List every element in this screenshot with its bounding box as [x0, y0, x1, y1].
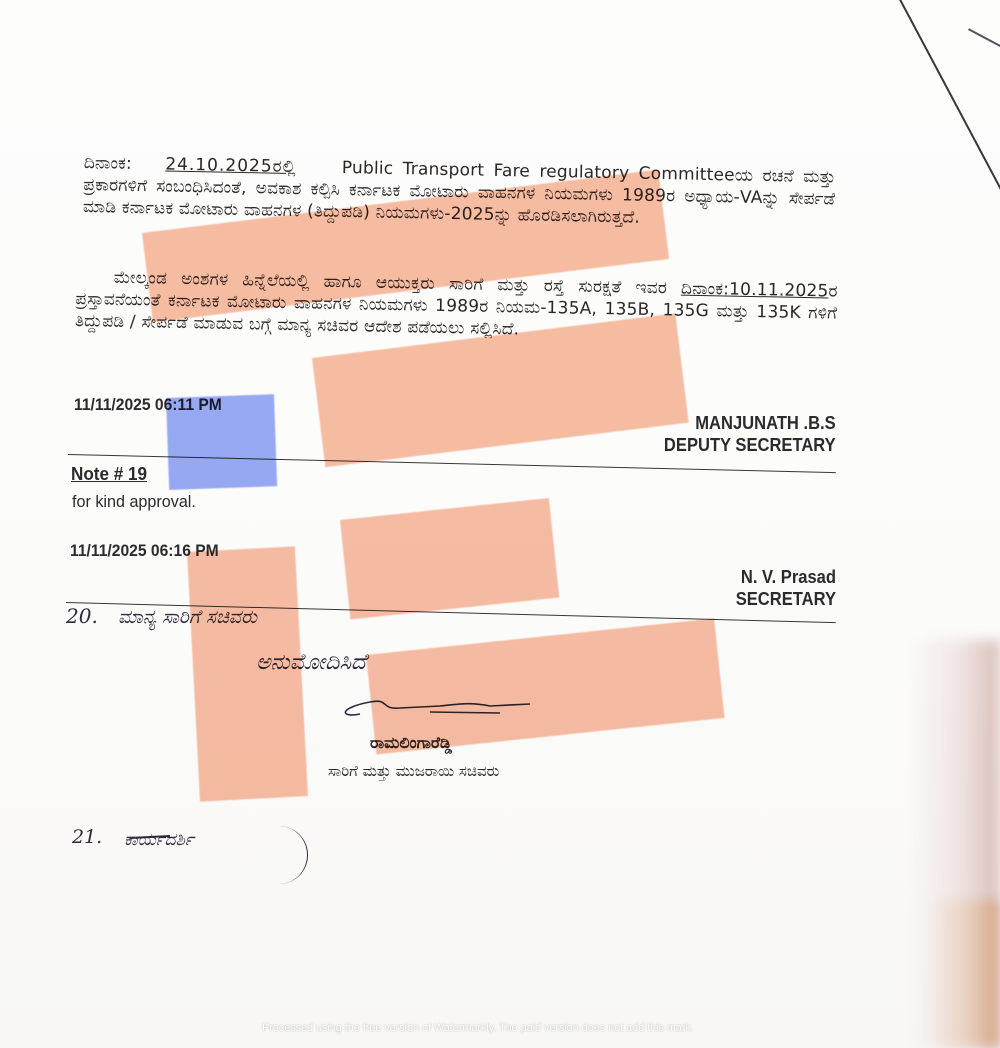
page-fold-line-small — [968, 29, 1000, 51]
note-body: for kind approval. — [72, 492, 196, 512]
handwritten-addressee-secretary: ಕಾರ್ಯದರ್ಶಿ — [124, 830, 194, 850]
signatory-title: DEPUTY SECRETARY — [664, 434, 836, 456]
signatory-name: N. V. Prasad — [736, 566, 836, 588]
signatory-name: MANJUNATH .B.S — [664, 412, 836, 434]
minister-title: ಸಾರಿಗೆ ಮತ್ತು ಮುಜರಾಯಿ ಸಚಿವರು — [328, 762, 499, 780]
overlay-rectangle-blue — [166, 394, 277, 490]
date-value: 24.10.2025ರಲ್ಲಿ — [165, 155, 297, 178]
overlay-rectangle-orange — [366, 618, 725, 754]
watermark-text: Processed using the free version of Wate… — [262, 1022, 694, 1034]
scan-edge-shadow-lower — [930, 900, 1000, 1048]
overlay-rectangle-orange — [340, 498, 559, 619]
handwritten-item-number-20: 20. — [66, 604, 98, 628]
scanned-document-page: ದಿನಾಂಕ: 24.10.2025ರಲ್ಲಿ Public Transport… — [0, 0, 1000, 1048]
handwritten-bracket — [276, 826, 308, 884]
proposal-date-reference: ದಿನಾಂಕ:10.11.2025 — [681, 279, 829, 302]
page-fold-line — [897, 0, 1000, 190]
note-number: Note # 19 — [71, 464, 147, 485]
indent — [76, 282, 114, 283]
date-label: ದಿನಾಂಕ: — [84, 153, 133, 174]
signature-block-deputy-secretary: MANJUNATH .B.S DEPUTY SECRETARY — [664, 412, 836, 456]
overlay-rectangle-orange — [187, 546, 308, 801]
signatory-title: SECRETARY — [736, 588, 836, 610]
handwritten-item-number-21: 21. — [72, 826, 102, 848]
signature-block-secretary: N. V. Prasad SECRETARY — [736, 566, 836, 610]
